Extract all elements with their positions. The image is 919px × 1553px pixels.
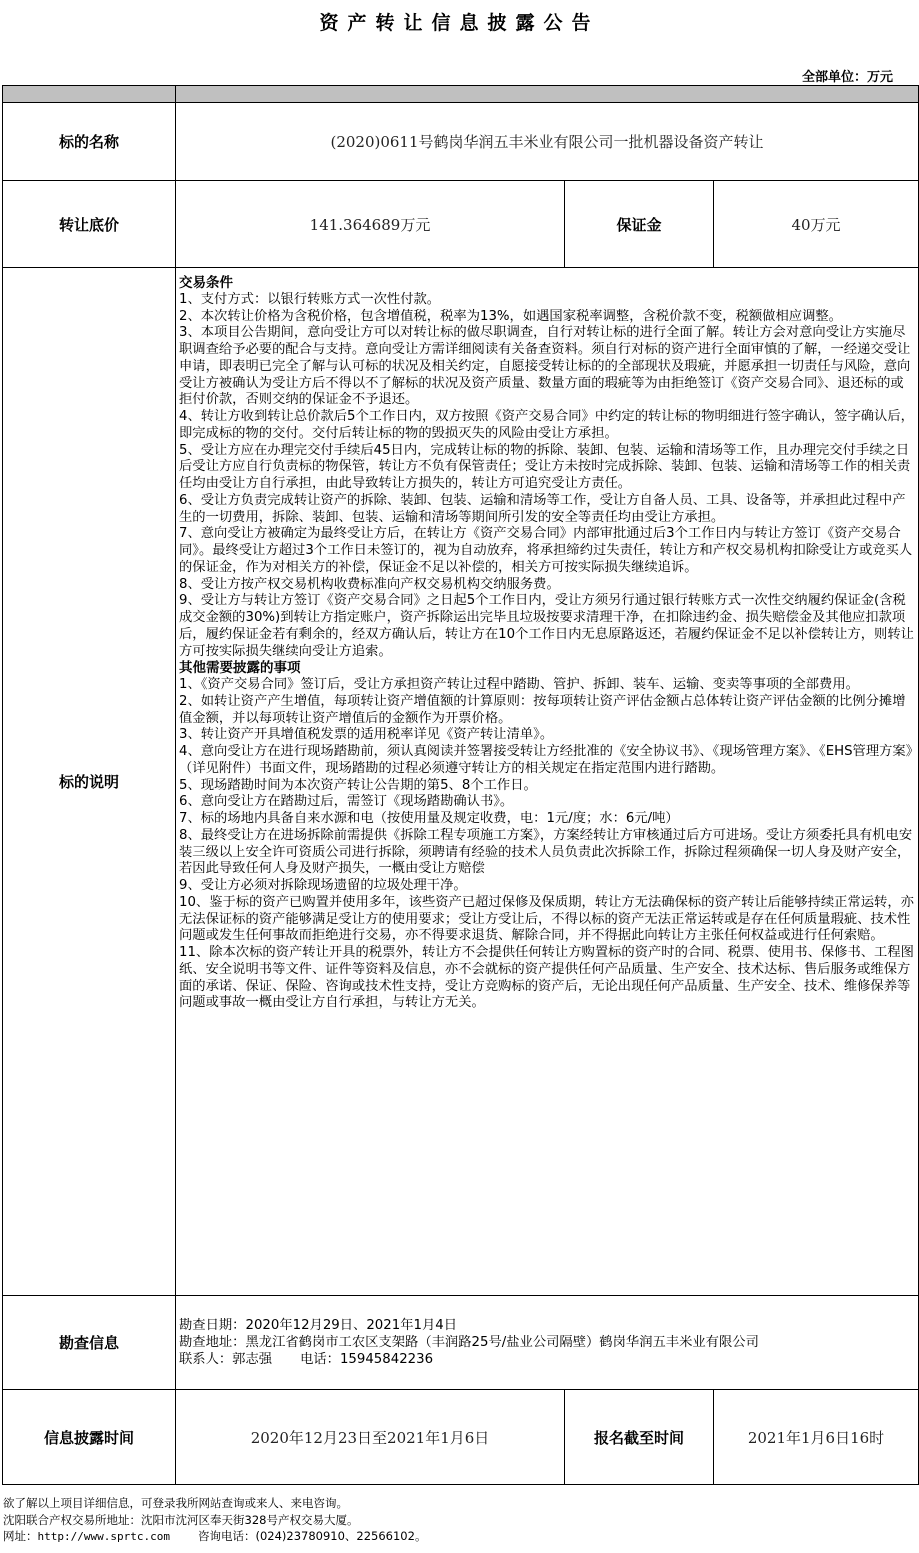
row-description: 标的说明 交易条件 1、支付方式：以银行转账方式一次性付款。 2、本次转让价格为… [3,268,919,1296]
footer-inquiry-note: 欲了解以上项目详细信息，可登录我所网站查询或来人、来电咨询。 [3,1495,426,1512]
survey-contact-line: 联系人：郭志强电话：15945842236 [179,1351,915,1368]
footer-address: 沈阳联合产权交易所地址：沈阳市沈河区奉天街328号产权交易大厦。 [3,1512,426,1529]
website-label: 网址： [3,1529,38,1543]
header-cell-value [176,86,919,103]
survey-content: 勘查日期：2020年12月29日、2021年1月4日 勘查地址：黑龙江省鹤岗市工… [176,1296,919,1390]
survey-phone: 电话：15945842236 [300,1352,433,1367]
survey-address: 勘查地址：黑龙江省鹤岗市工农区支架路（丰润路25号/盐业公司隔壁）鹤岗华润五丰米… [179,1334,915,1351]
footer-contact-line: 网址：http://www.sprtc.com咨询电话：(024)2378091… [3,1528,426,1546]
trade-condition-item: 5、受让方应在办理完交付手续后45日内，完成转让标的物的拆除、装卸、包装、运输和… [179,443,916,493]
subject-name-value: (2020)0611号鹤岗华润五丰米业有限公司一批机器设备资产转让 [176,103,919,181]
trade-condition-item: 1、支付方式：以银行转账方式一次性付款。 [179,292,916,309]
other-disclosure-item: 3、转让资产开具增值税发票的适用税率详见《资产转让清单》。 [179,727,916,744]
disclosure-period-label: 信息披露时间 [3,1390,176,1485]
trade-condition-item: 6、受让方负责完成转让资产的拆除、装卸、包装、运输和清场等工作，受让方自备人员、… [179,493,916,527]
subject-name-label: 标的名称 [3,103,176,181]
other-disclosure-item: 6、意向受让方在踏勘过后，需签订《现场踏勘确认书》。 [179,794,916,811]
table-header-row [3,86,919,103]
other-disclosure-item: 11、除本次标的资产转让开具的税票外，转让方不会提供任何转让方购置标的资产时的合… [179,945,916,1012]
other-disclosure-item: 8、最终受让方在进场拆除前需提供《拆除工程专项施工方案》，方案经转让方审核通过后… [179,828,916,878]
reserve-price-label: 转让底价 [3,181,176,268]
other-disclosure-item: 7、标的场地内具备自来水源和电（按使用量及规定收费，电：1元/度；水：6元/吨） [179,811,916,828]
trade-condition-item: 7、意向受让方被确定为最终受让方后，在转让方《资产交易合同》内部审批通过后3个工… [179,526,916,576]
survey-date: 勘查日期：2020年12月29日、2021年1月4日 [179,1317,915,1334]
website-link[interactable]: http://www.sprtc.com [38,1530,170,1543]
deposit-label: 保证金 [565,181,714,268]
unit-note: 全部单位：万元 [802,66,893,85]
trade-condition-item: 3、本项目公告期间，意向受让方可以对转让标的做尽职调查，自行对转让标的进行全面了… [179,325,916,409]
other-disclosure-item: 2、如转让资产产生增值，每项转让资产增值额的计算原则：按每项转让资产评估金额占总… [179,694,916,728]
deposit-value: 40万元 [714,181,919,268]
other-disclosure-item: 5、现场踏勘时间为本次资产转让公告期的第5、8个工作日。 [179,778,916,795]
row-survey: 勘查信息 勘查日期：2020年12月29日、2021年1月4日 勘查地址：黑龙江… [3,1296,919,1390]
row-subject-name: 标的名称 (2020)0611号鹤岗华润五丰米业有限公司一批机器设备资产转让 [3,103,919,181]
trade-condition-item: 2、本次转让价格为含税价格，包含增值税，税率为13%，如遇国家税率调整，含税价款… [179,309,916,326]
trade-condition-item: 9、受让方与转让方签订《资产交易合同》之日起5个工作日内，受让方须另行通过银行转… [179,593,916,660]
footer: 欲了解以上项目详细信息，可登录我所网站查询或来人、来电咨询。 沈阳联合产权交易所… [3,1495,426,1546]
row-timing: 信息披露时间 2020年12月23日至2021年1月6日 报名截至时间 2021… [3,1390,919,1485]
disclosure-period-value: 2020年12月23日至2021年1月6日 [176,1390,565,1485]
other-disclosure-item: 9、受让方必须对拆除现场遗留的垃圾处理干净。 [179,878,916,895]
disclosure-table: 标的名称 (2020)0611号鹤岗华润五丰米业有限公司一批机器设备资产转让 转… [2,85,919,1485]
description-content: 交易条件 1、支付方式：以银行转账方式一次性付款。 2、本次转让价格为含税价格，… [176,268,919,1296]
survey-contact: 联系人：郭志强 [179,1352,272,1367]
description-label: 标的说明 [3,268,176,1296]
other-disclosures-heading: 其他需要披露的事项 [179,660,916,677]
trade-condition-item: 4、转让方收到转让总价款后5个工作日内，双方按照《资产交易合同》中约定的转让标的… [179,409,916,443]
hotline: 咨询电话：(024)23780910、22566102。 [198,1529,427,1543]
reserve-price-value: 141.364689万元 [176,181,565,268]
page-title: 资产转让信息披露公告 [0,8,919,35]
registration-deadline-value: 2021年1月6日16时 [714,1390,919,1485]
other-disclosure-item: 4、意向受让方在进行现场踏勘前，须认真阅读并签署接受转让方经批准的《安全协议书》… [179,744,916,778]
trade-condition-item: 8、受让方按产权交易机构收费标准向产权交易机构交纳服务费。 [179,577,916,594]
survey-label: 勘查信息 [3,1296,176,1390]
row-price: 转让底价 141.364689万元 保证金 40万元 [3,181,919,268]
trade-conditions-heading: 交易条件 [179,275,916,292]
other-disclosure-item: 10、鉴于标的资产已购置并使用多年，该些资产已超过保修及保质期，转让方无法确保标… [179,895,916,945]
other-disclosure-item: 1、《资产交易合同》签订后，受让方承担资产转让过程中踏勘、管护、拆卸、装车、运输… [179,677,916,694]
header-cell-label [3,86,176,103]
registration-deadline-label: 报名截至时间 [565,1390,714,1485]
